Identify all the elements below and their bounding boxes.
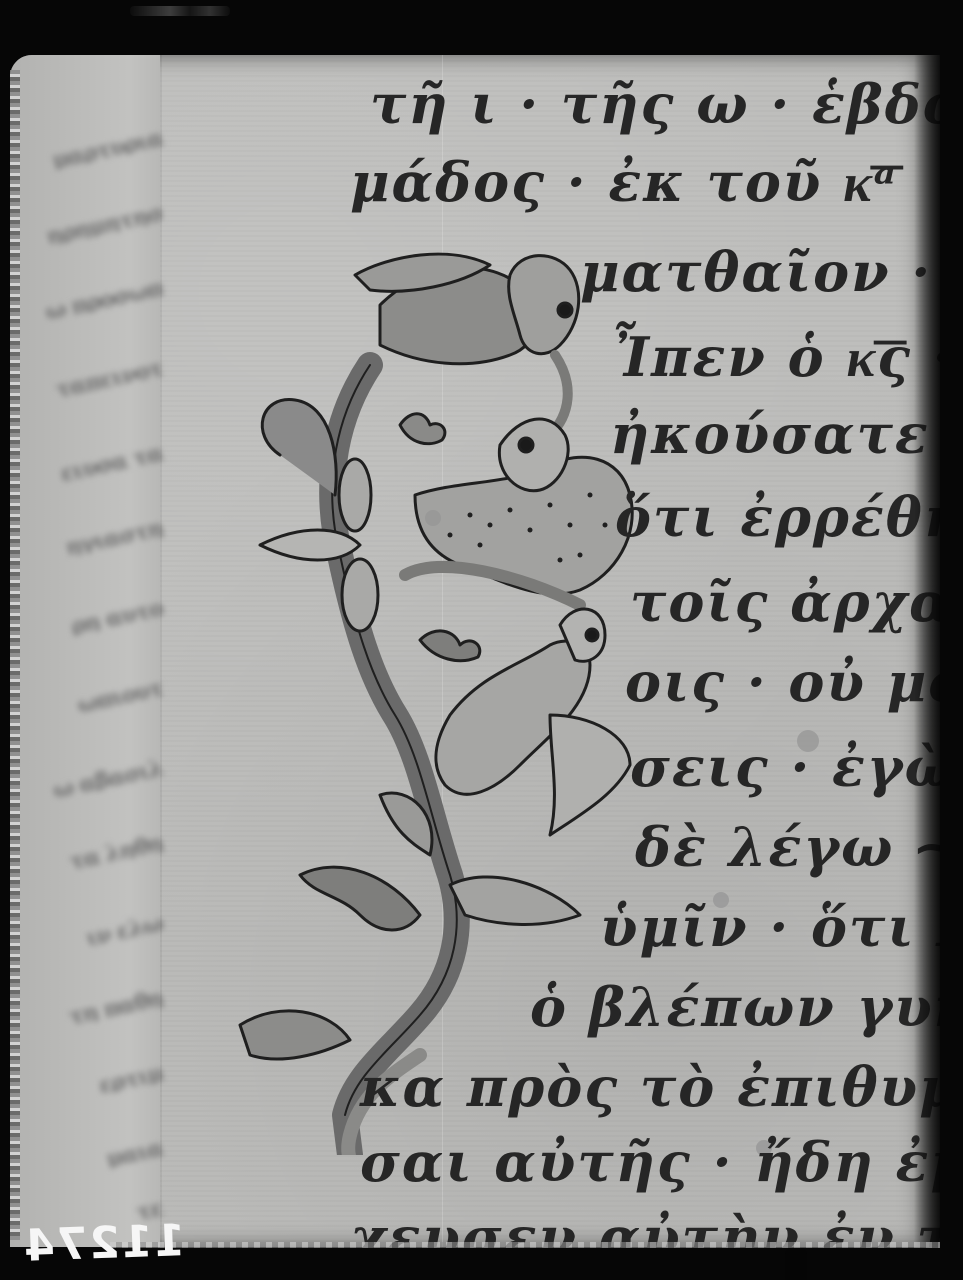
manuscript-line: κα πρὸς τὸ ἐπιθυμῆ·: [360, 1060, 940, 1114]
manuscript-line: Ἶπεν ὁ κ͞ς ·: [610, 330, 940, 384]
manuscript-line: τοῖς ἀρχαί·: [630, 575, 940, 629]
facing-text-line: τα ληθη: [23, 830, 165, 881]
page-right-shadow: [914, 55, 940, 1247]
manuscript-line: ἠκούσατε: [610, 407, 930, 461]
plate-left-edge: [10, 70, 20, 1240]
facing-text-line: ω αβασιλ: [23, 755, 165, 806]
manuscript-line: ματθαῖον ·: [580, 245, 932, 299]
stain-spot: [425, 510, 441, 526]
manuscript-line: μάδος · ἐκ τοῦ κ͞ᵃ: [350, 155, 898, 209]
plate-bottom-tab: [785, 1248, 807, 1280]
facing-text-line: μαρτυρια: [23, 125, 165, 176]
facing-text-line: ρη αυτο: [23, 595, 165, 646]
manuscript-line: οις · οὐ μοιχεύ: [625, 655, 940, 709]
plate-top-edge-damage: [130, 6, 230, 16]
facing-text-line: τη παθη: [23, 985, 165, 1036]
facing-text-line: ειυσα τα: [23, 440, 165, 491]
gutter-fold: [160, 55, 162, 1247]
photo-plate: μαρτυρια ηρημητησ ω προσωπ ταπεινοτ ειυσ…: [0, 0, 963, 1280]
facing-text-line: ερτιμ: [23, 1060, 165, 1111]
manuscript-line: σεις · ἐγὼ: [630, 740, 940, 794]
facing-text-line: μαια: [23, 1135, 165, 1186]
facing-text-line: ω προσωπ: [23, 275, 165, 326]
manuscript-page: μαρτυρια ηρημητησ ω προσωπ ταπεινοτ ειυσ…: [10, 55, 940, 1247]
facing-text-line: ωπιουτ: [23, 675, 165, 726]
manuscript-line: ὁ βλέπων γυναῖ·: [530, 980, 940, 1034]
facing-text-line: ταπεινοτ: [23, 355, 165, 406]
manuscript-line: σαι αὐτῆς · ἤδη ἐμοί: [360, 1135, 940, 1189]
facing-text-line: ηγιαστη: [23, 515, 165, 566]
facing-text-line: ηρημητησ: [23, 200, 165, 251]
manuscript-line: ὅτι ἐρρέθη ″: [615, 490, 940, 544]
manuscript-line: ὑμῖν · ὅτι πᾶς: [600, 900, 940, 954]
manuscript-line: δὲ λέγω ⁓: [635, 820, 940, 874]
facing-text-line: ιν ελω: [23, 910, 165, 961]
facing-page-blurred: μαρτυρια ηρημητησ ω προσωπ ταπεινοτ ειυσ…: [10, 55, 160, 1247]
plate-bottom-edge: [110, 1242, 940, 1248]
manuscript-line: τῆ ι · τῆς ω · ἑβδο: [370, 77, 940, 131]
plate-number-label: 11274: [21, 1215, 186, 1272]
